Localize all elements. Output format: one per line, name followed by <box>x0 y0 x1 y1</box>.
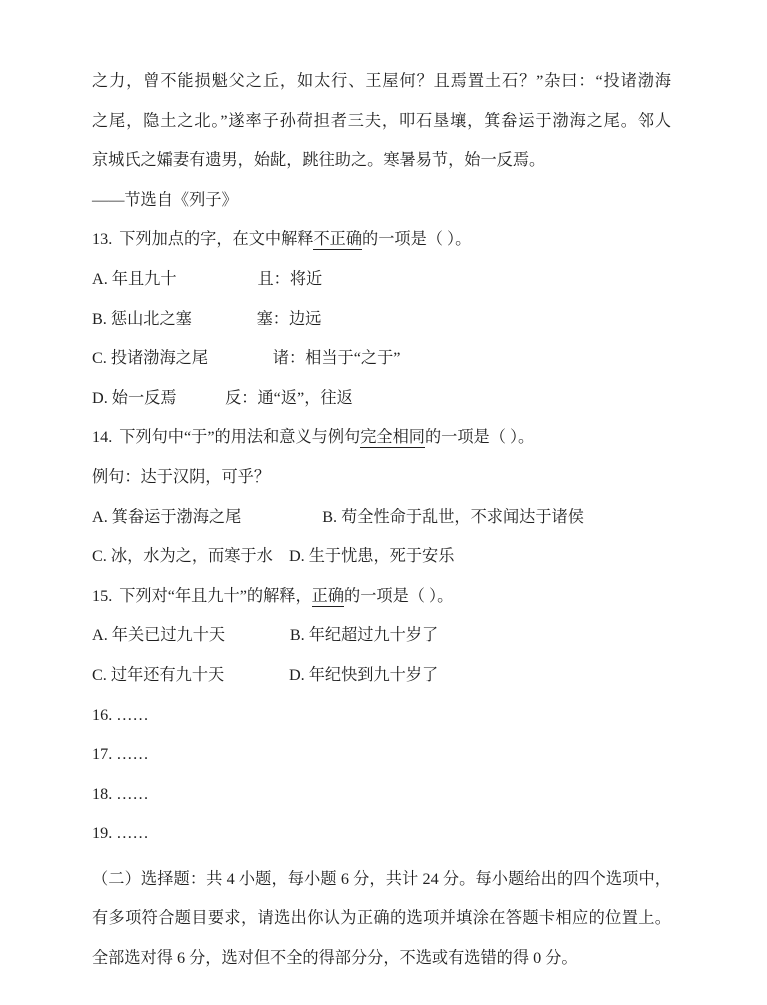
question-15-options-ab: A. 年关已过九十天 B. 年纪超过九十岁了 <box>92 616 671 656</box>
question-18-placeholder: 18. …… <box>92 775 671 815</box>
question-13-stem: 13.下列加点的字，在文中解释不正确的一项是（ ）。 <box>92 220 671 260</box>
passage-source-line: ——节选自《列子》 <box>92 181 671 221</box>
question-15-stem-prefix: 下列对“年且九十”的解释， <box>119 587 311 605</box>
document-page: 之力，曾不能损魁父之丘，如太行、王屋何？且焉置土石？”杂曰：“投诸渤海 之尾，隐… <box>0 0 767 1005</box>
question-15-underlined-phrase: 正确 <box>312 587 344 607</box>
question-15-options-cd: C. 过年还有九十天 D. 年纪快到九十岁了 <box>92 656 671 696</box>
question-13-option-d: D. 始一反焉 反：通“返”，往返 <box>92 379 671 419</box>
question-15-stem: 15.下列对“年且九十”的解释，正确的一项是（ ）。 <box>92 577 671 617</box>
question-14-stem: 14.下列句中“于”的用法和意义与例句完全相同的一项是（ ）。 <box>92 418 671 458</box>
question-13-stem-suffix: 的一项是（ ）。 <box>362 230 471 248</box>
passage-line-2: 之尾，隐土之北。”遂率子孙荷担者三夫，叩石垦壤，箕畚运于渤海之尾。邻人 <box>92 102 671 142</box>
question-13-stem-prefix: 下列加点的字，在文中解释 <box>119 230 313 248</box>
question-13-option-a: A. 年且九十 且：将近 <box>92 260 671 300</box>
question-14-number: 14. <box>92 428 112 446</box>
section-2-instructions-line-3: 全部选对得 6 分，选对但不全的得部分分，不选或有选错的得 0 分。 <box>92 939 671 979</box>
question-14-underlined-phrase: 完全相同 <box>360 428 425 448</box>
passage-line-1: 之力，曾不能损魁父之丘，如太行、王屋何？且焉置土石？”杂曰：“投诸渤海 <box>92 62 671 102</box>
question-13-option-b: B. 惩山北之塞 塞：边远 <box>92 300 671 340</box>
passage-line-3: 京城氏之孀妻有遗男，始龀，跳往助之。寒暑易节，始一反焉。 <box>92 141 671 181</box>
question-17-placeholder: 17. …… <box>92 735 671 775</box>
question-15-stem-suffix: 的一项是（ ）。 <box>344 587 453 605</box>
question-13-option-c: C. 投诸渤海之尾 诸：相当于“之于” <box>92 339 671 379</box>
question-16-placeholder: 16. …… <box>92 696 671 736</box>
section-2-instructions-line-2: 有多项符合题目要求，请选出你认为正确的选项并填涂在答题卡相应的位置上。 <box>92 899 671 939</box>
question-14-options-cd: C. 冰，水为之，而寒于水 D. 生于忧患，死于安乐 <box>92 537 671 577</box>
question-14-example: 例句：达于汉阴，可乎？ <box>92 458 671 498</box>
question-15-number: 15. <box>92 587 112 605</box>
question-14-options-ab: A. 箕畚运于渤海之尾 B. 苟全性命于乱世，不求闻达于诸侯 <box>92 498 671 538</box>
section-2-instructions-line-1: （二）选择题：共 4 小题，每小题 6 分，共计 24 分。每小题给出的四个选项… <box>92 860 671 900</box>
question-19-placeholder: 19. …… <box>92 814 671 854</box>
question-13-underlined-phrase: 不正确 <box>313 230 362 250</box>
question-13-number: 13. <box>92 230 112 248</box>
question-14-stem-prefix: 下列句中“于”的用法和意义与例句 <box>119 428 360 446</box>
question-14-stem-suffix: 的一项是（ ）。 <box>425 428 534 446</box>
